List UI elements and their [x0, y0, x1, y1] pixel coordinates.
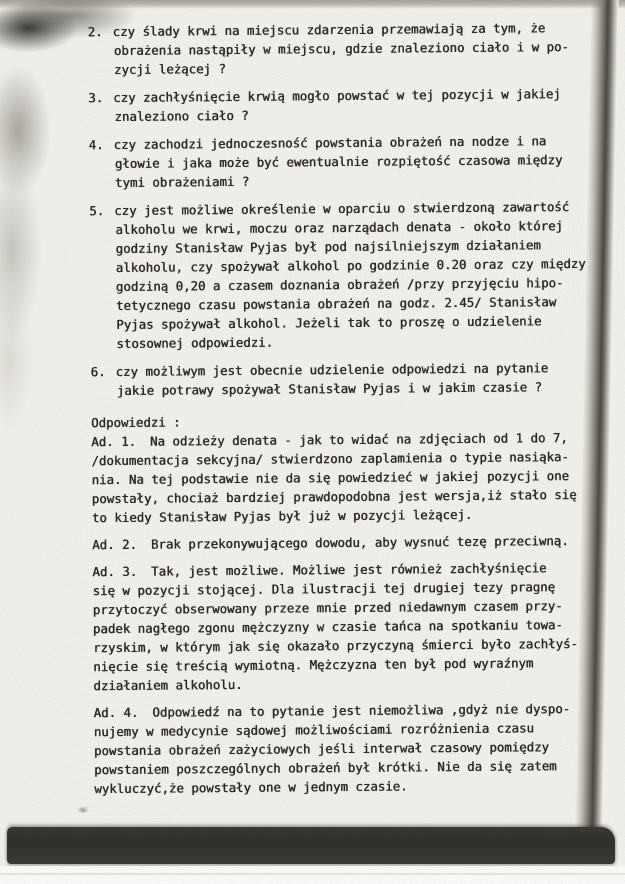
question-number: 3. — [88, 90, 103, 105]
question-number: 4. — [89, 137, 104, 152]
answer-label: Ad. 1. — [91, 434, 136, 449]
question-item-4: 4.czy zachodzi jednoczesność powstania o… — [89, 131, 591, 192]
answer-label: Ad. 4. — [94, 705, 139, 720]
answer-text: Brak przekonywującego dowodu, aby wysnuć… — [151, 533, 569, 552]
question-text: czy ślady krwi na miejscu zdarzenia prze… — [113, 20, 569, 77]
scan-bottom-faint-line — [0, 873, 625, 875]
answer-item-3: Ad. 3.Tak, jest możliwe. Możliwe jest ró… — [92, 558, 595, 695]
question-number: 6. — [91, 364, 106, 379]
question-text: czy zachodzi jednoczesność powstania obr… — [114, 133, 563, 190]
scan-bottom-margin — [0, 866, 625, 884]
answer-label: Ad. 2. — [92, 537, 137, 552]
question-item-6: 6.czy możliwym jest obecnie udzielenie o… — [91, 358, 593, 400]
typewritten-text-block: 2.czy ślady krwi na miejscu zdarzenia pr… — [88, 18, 597, 806]
question-text: czy zachłyśnięcie krwią mogło powstać w … — [113, 86, 561, 124]
question-text: czy jest możliwe określenie w oparciu o … — [114, 199, 586, 351]
question-item-3: 3.czy zachłyśnięcie krwią mogło powstać … — [88, 84, 590, 126]
answer-text: Odpowiedź na to pytanie jest niemożliwa … — [94, 701, 570, 796]
answer-item-2: Ad. 2.Brak przekonywującego dowodu, aby … — [92, 531, 594, 554]
answer-label: Ad. 3. — [92, 564, 137, 579]
scan-speck-bottom-left — [72, 803, 94, 817]
scan-smudge-left-edge — [0, 40, 80, 460]
question-item-2: 2.czy ślady krwi na miejscu zdarzenia pr… — [88, 18, 590, 79]
answer-text: Na odzieży denata - jak to widać na zdję… — [91, 430, 576, 525]
scanned-document-page: 2.czy ślady krwi na miejscu zdarzenia pr… — [0, 0, 625, 884]
question-number: 5. — [89, 203, 104, 218]
question-number: 2. — [88, 24, 103, 39]
answer-text: Tak, jest możliwe. Możliwe jest również … — [92, 560, 578, 693]
answer-item-1: Ad. 1.Na odzieży denata - jak to widać n… — [91, 428, 594, 527]
question-text: czy możliwym jest obecnie udzielenie odp… — [115, 360, 548, 398]
question-item-5: 5.czy jest możliwe określenie w oparciu … — [89, 197, 592, 353]
scan-bottom-black-band — [7, 827, 615, 864]
answer-item-4: Ad. 4.Odpowiedź na to pytanie jest niemo… — [94, 699, 597, 798]
